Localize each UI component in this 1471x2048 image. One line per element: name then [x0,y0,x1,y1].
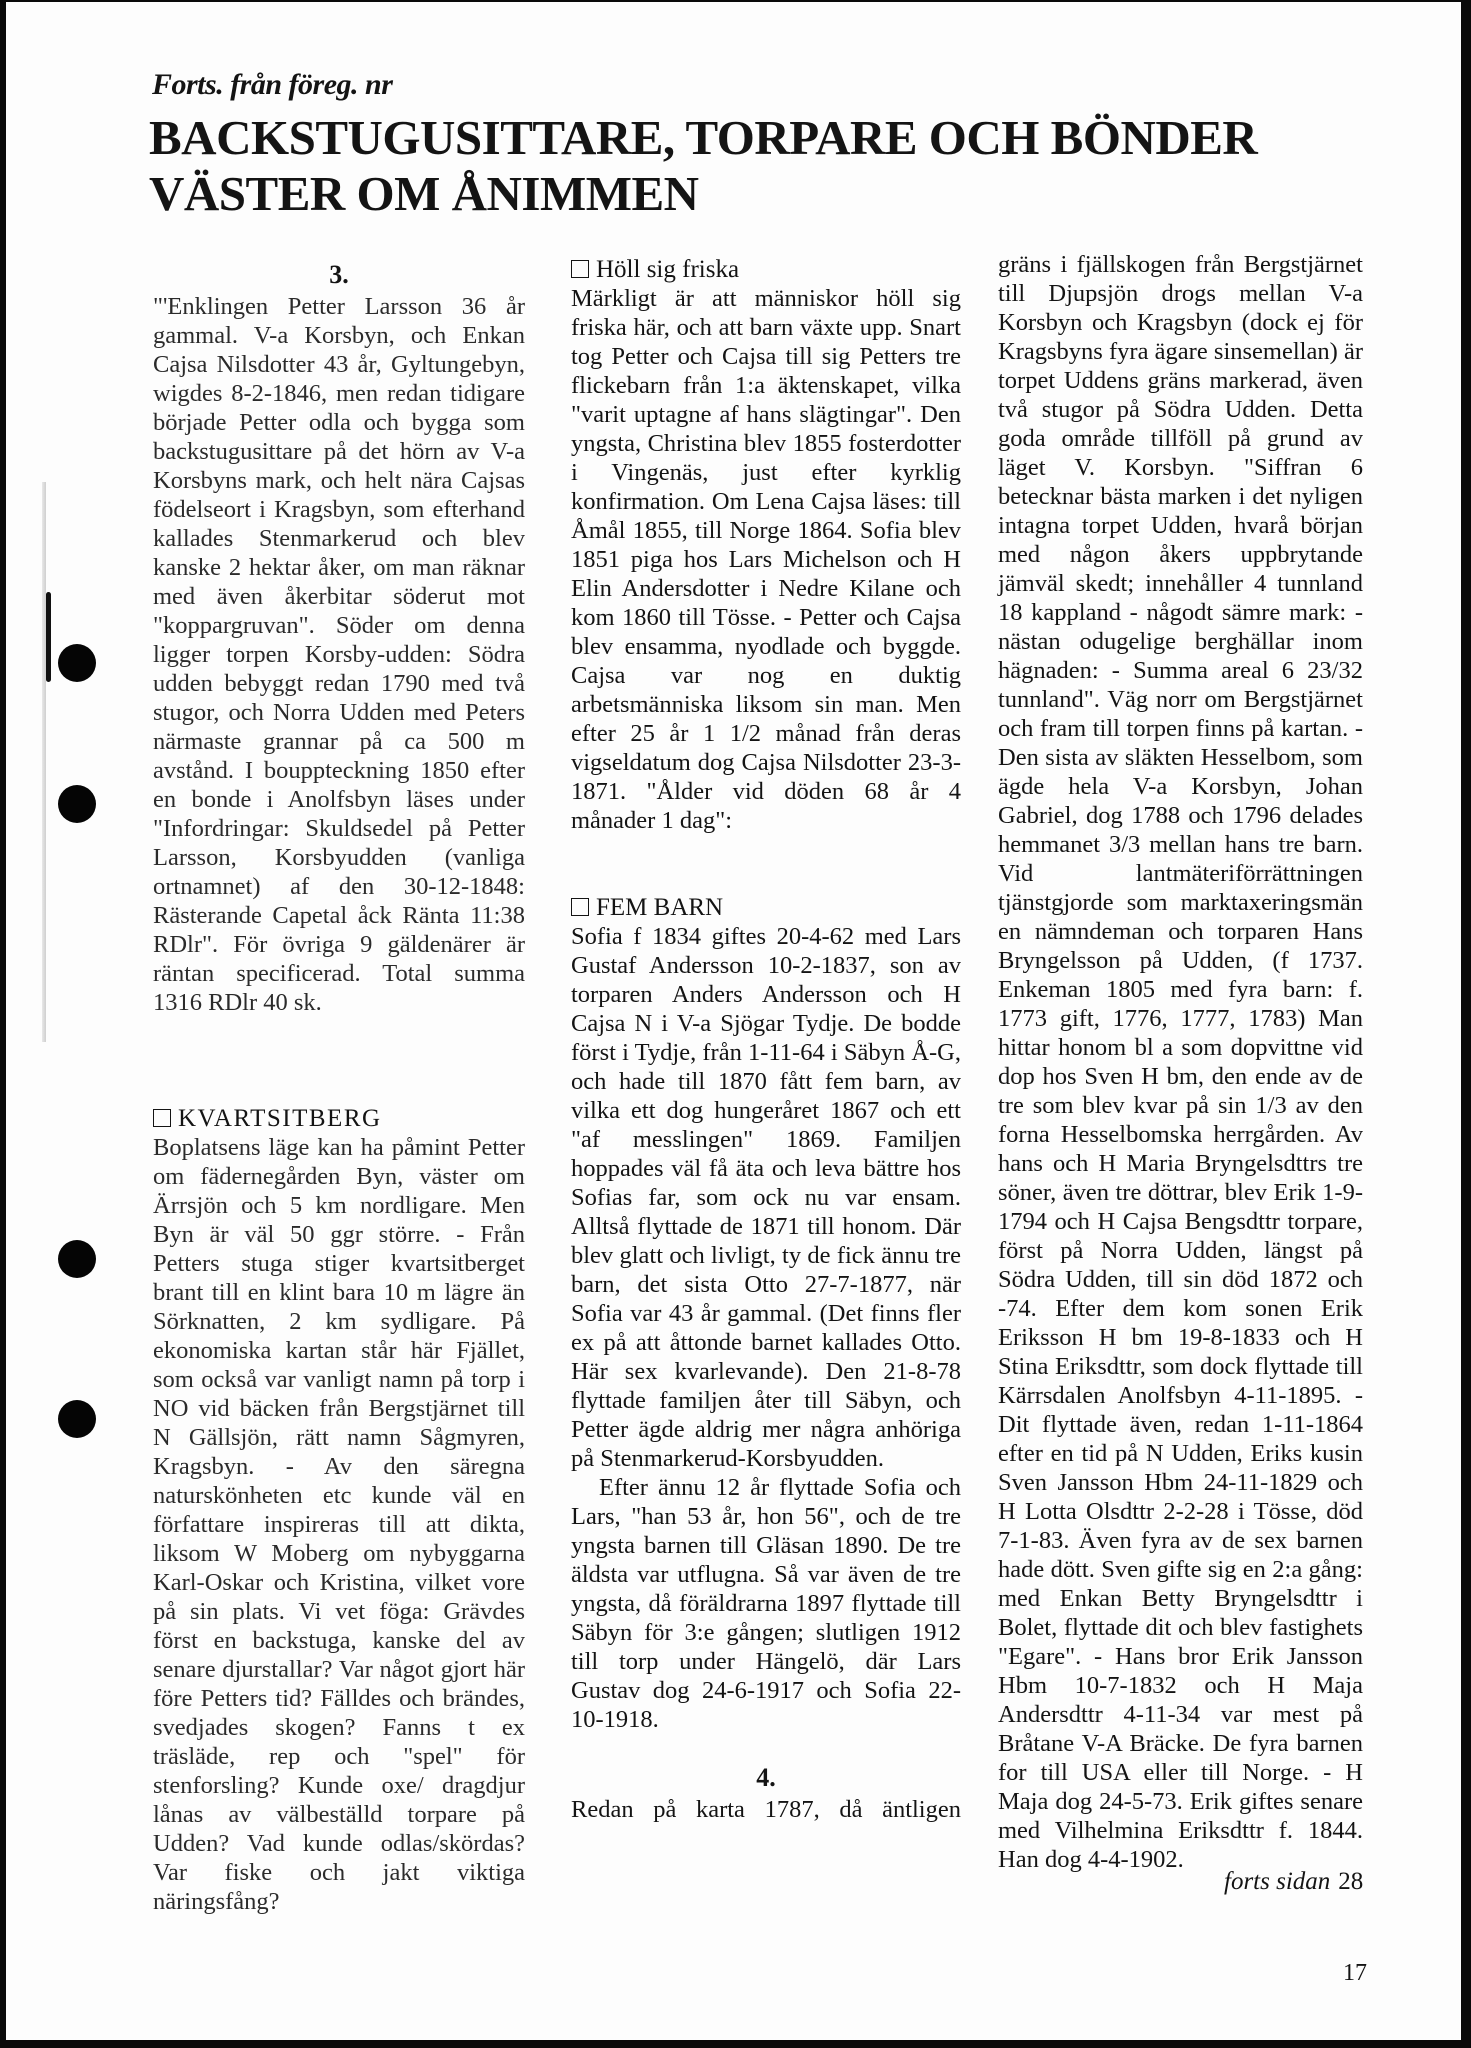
punch-hole-4 [58,1400,96,1438]
document-page: Forts. från föreg. nr BACKSTUGUSITTARE, … [6,2,1461,2040]
paragraph-fem-barn: Sofia f 1834 giftes 20-4-62 med Lars Gus… [571,922,961,1473]
paragraph-intro: "'Enklingen Petter Larsson 36 år gammal.… [153,292,525,1017]
column-1: 3. "'Enklingen Petter Larsson 36 år gamm… [153,260,525,1916]
continued-on-page: forts sidan28 [1224,1868,1363,1896]
column-3: gräns i fjällskogen från Bergstjärnet ti… [998,250,1363,1874]
paragraph-efter-annu: Efter ännu 12 år flyttade Sofia och Lars… [571,1473,961,1734]
paragraph-redan: Redan på karta 1787, då äntligen [571,1795,961,1824]
continued-label: forts sidan [1224,1868,1330,1895]
square-bullet-icon [571,898,589,916]
paragraph-holl-sig-friska: Märkligt är att människor höll sig frisk… [571,284,961,835]
continued-from-previous: Forts. från föreg. nr [152,68,392,102]
scan-edge-line [42,482,46,1042]
subhead-fem-barn: FEM BARN [571,893,961,922]
punch-hole-3 [58,1240,96,1278]
square-bullet-icon [153,1109,171,1127]
spacer [571,835,961,893]
scan-edge-mark [46,592,51,682]
spacer [571,1734,961,1763]
column-2: Höll sig friska Märkligt är att människo… [571,255,961,1824]
page-number: 17 [1343,1960,1367,1987]
square-bullet-icon [571,260,589,278]
section-number-4: 4. [571,1763,961,1793]
punch-hole-1 [58,644,96,682]
subhead-holl-sig-friska: Höll sig friska [571,255,961,284]
punch-hole-2 [58,785,96,823]
article-title: BACKSTUGUSITTARE, TORPARE OCH BÖNDER VÄS… [149,110,1369,222]
spacer [153,1017,525,1104]
subhead-kvartsitberg: KVARTSITBERG [153,1104,525,1133]
continued-page-number: 28 [1338,1868,1363,1895]
paragraph-kvartsitberg: Boplatsens läge kan ha påmint Petter om … [153,1133,525,1916]
paragraph-column3: gräns i fjällskogen från Bergstjärnet ti… [998,250,1363,1874]
section-number-3: 3. [153,260,525,290]
